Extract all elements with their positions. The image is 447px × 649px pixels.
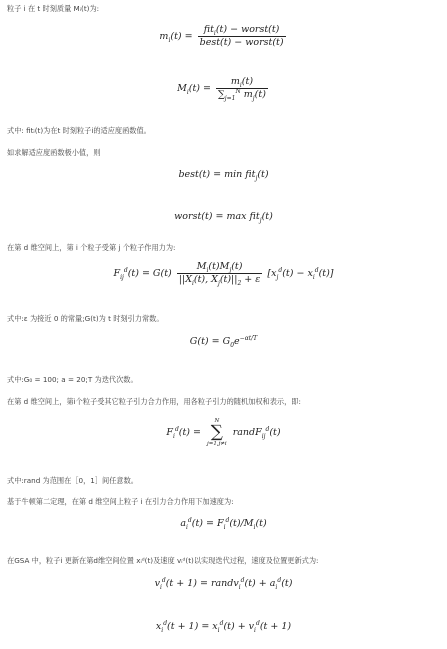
equation-worst: worst(t) = max fitj(t) xyxy=(0,211,447,222)
text-force-intro: 在第 d 维空间上，第 i 个粒子受第 j 个粒子作用力为: xyxy=(7,243,175,253)
equation-acceleration: aid(t) = Fid(t)/Mi(t) xyxy=(0,518,447,529)
equation-gravity-constant: G(t) = G0e−αt/T xyxy=(0,336,447,347)
equation-position-update: xid(t + 1) = xid(t) + vid(t + 1) xyxy=(0,621,447,632)
equation-total-force: Fid(t) = N ∑ j=1,j≠i randFijd(t) xyxy=(0,418,447,447)
text-gravity-constant-note: 式中:ε 为接近 0 的常量;G(t)为 t 时刻引力常数。 xyxy=(7,314,164,324)
text-parameter-values: 式中:G₀ = 100; a = 20;T 为迭代次数。 xyxy=(7,375,138,385)
text-rand-range: 式中:rand 为范围在［0，1］间任意数。 xyxy=(7,476,138,486)
text-acceleration-intro: 基于牛顿第二定理，在第 d 维空间上粒子 i 在引力合力作用下加速度为: xyxy=(7,497,234,507)
text-update-intro: 在GSA 中，粒子i 更新在第d维空间位置 xᵢᵈ(t)及速度 vᵢᵈ(t)以实… xyxy=(7,556,318,566)
equation-velocity-update: vid(t + 1) = randvid(t) + aid(t) xyxy=(0,578,447,589)
text-total-force-intro: 在第 d 维空间上，第i个粒子受其它粒子引力合力作用，用各粒子引力的随机加权和表… xyxy=(7,397,301,407)
text-minimization-note: 如求解适应度函数极小值，则 xyxy=(7,148,100,158)
equation-mass: Mi(t) = mi(t) ∑j=1N mj(t) xyxy=(0,76,447,101)
text-particle-mass-intro: 粒子 i 在 t 时刻质量 Mᵢ(t)为: xyxy=(7,4,99,14)
text-fitness-definition: 式中: fitᵢ(t)为在t 时刻粒子i的适应度函数值。 xyxy=(7,126,151,136)
equation-normalized-mass: mi(t) = fiti(t) − worst(t) best(t) − wor… xyxy=(0,24,447,49)
equation-best: best(t) = min fitj(t) xyxy=(0,169,447,180)
equation-force-ij: Fijd(t) = G(t) Mi(t)Mj(t) ||Xi(t), Xj(t)… xyxy=(0,261,447,286)
